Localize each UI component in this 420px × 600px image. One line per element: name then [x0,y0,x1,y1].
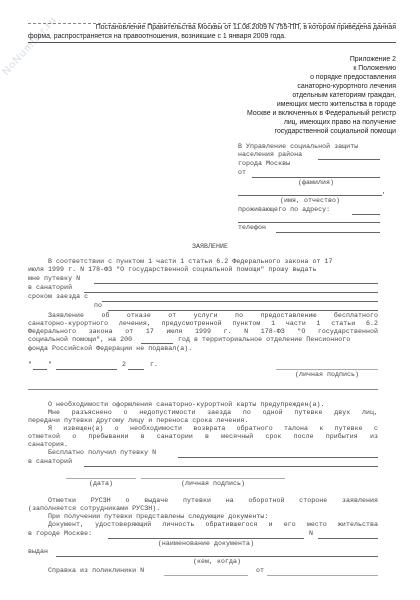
voucher-label: мне путевку N [28,275,80,282]
received-sanatorium-label: в санаторий [28,458,72,465]
appendix-line-1: Приложение 2 [190,56,396,63]
arrival-from-field[interactable] [102,301,378,302]
received-sanatorium-field[interactable] [84,466,378,467]
sanatorium-label: в санаторий [28,284,72,291]
date-month-field[interactable] [56,369,117,370]
date-year-field[interactable] [128,369,144,370]
arrival-to-label: по [94,302,102,309]
doc-number-label: N [309,530,313,537]
district-field[interactable] [318,159,380,160]
russzn-mark-line1: Отметки РУСЗН о выдаче путевки на оборот… [48,497,378,504]
notice-1: О необходимости оформления санаторно-кур… [48,401,324,408]
id-document-line1: Документ, удостоверяющий личность обрати… [48,521,378,528]
date-day-field[interactable] [33,369,47,370]
request-p2-line3: Федерального закона от 17 июля 1999 г. N… [28,328,378,335]
date-quote-open: " [28,361,32,368]
voucher-number-field[interactable] [94,283,378,284]
appendix-line-6: имеющих место жительства в городе [190,101,396,108]
surname-field[interactable] [252,177,380,178]
header-note-line2: форма, распространяется на правоотношени… [28,33,286,40]
clinic-label: Справка из поликлиники N [48,567,144,574]
clinic-date-field[interactable] [267,575,378,576]
received-voucher-field[interactable] [178,457,378,458]
header-note-line1: Постановление Правительства Москвы от 11… [28,24,396,31]
appendix-line-7: Москве и включенных в Федеральный регист… [180,110,396,117]
request-p2-line2: санаторно-курортного лечения, предусмотр… [28,320,378,327]
surname-caption: (фамилия) [252,179,380,186]
notice-3-line1: Я извещен(а) о необходимости возврата об… [48,425,378,432]
documents-presented: При получении путевки представлены следу… [48,513,268,520]
request-p1-line1: В соответствии с пунктом 1 части 1 стать… [48,258,333,265]
year-field[interactable] [141,343,173,344]
address-field-1[interactable] [352,214,380,215]
phone-label: телефон [238,224,266,231]
received-signature-caption: (личная подпись) [141,480,285,487]
section-divider [28,389,378,390]
issued-field[interactable] [56,556,378,557]
appendix-line-9: государственной социальной помощи [190,128,396,135]
notice-2-line2: передачи путевки другому лицу и переноса… [28,417,248,424]
header-bottom-rule [28,42,396,43]
request-p2-line4a: социальной помощи", на 200 [28,336,132,343]
signature-field[interactable] [276,369,378,370]
sanatorium-field[interactable] [84,292,378,293]
request-p2-line1: Заявление об отказе от услуги по предост… [48,312,378,319]
received-signature-field[interactable] [141,478,285,479]
doc-number-field[interactable] [318,538,378,539]
clinic-number-field[interactable] [164,575,248,576]
notice-2-line1: Мне разъяснено о недопустимости заезда п… [48,409,378,416]
signature-caption: (личная подпись) [276,371,378,378]
clinic-from-label: от [256,567,264,574]
address-label: проживающего по адресу: [238,206,330,213]
notice-3-line2: отметкой о пребывании в санатории в меся… [28,433,378,440]
appendix-line-3: о порядке предоставления [190,74,396,81]
name-field[interactable] [238,195,382,196]
address-field-2[interactable] [238,222,380,223]
name-comma: , [382,188,386,195]
document-title: ЗАЯВЛЕНИЕ [0,243,420,250]
appendix-line-5: отдельным категориям граждан, [190,92,396,99]
date-year-suffix: г. [150,361,158,368]
id-document-line2: в городе Москве: [28,530,92,537]
doc-name-caption: (наименование документа) [108,540,304,547]
arrival-from-label: сроком заезда с [28,293,88,300]
request-p1-line2: июля 1999 г. N 178-ФЗ "О государственной… [28,266,317,273]
date-quote-close: " [48,361,52,368]
request-p2-line5: фонда Российской Федерации не подавал(а)… [28,345,192,352]
date-year-prefix: 2 [122,361,126,368]
addressee-to-line3: города Москвы [238,160,290,167]
issued-caption: (кем, когда) [56,558,378,565]
phone-field[interactable] [276,232,380,233]
request-p2-line4b: год в территориальное отделение Пенсионн… [178,336,350,343]
russzn-mark-line2: (заполняется сотрудниками РУСЗН). [28,505,160,512]
arrival-to-field[interactable] [108,310,378,311]
doc-name-field[interactable] [108,538,304,539]
from-label: от [238,169,246,176]
appendix-line-2: к Положению [190,65,396,72]
received-date-caption: (дата) [66,480,136,487]
appendix-line-4: санаторно-курортного лечения [190,83,396,90]
appendix-line-8: лиц, имеющих право на получение [190,119,396,126]
issued-label: выдан [28,548,48,555]
addressee-to-line2: населения района [238,151,302,158]
received-label: Бесплатно получил путевку N [48,449,156,456]
addressee-to-line1: В Управление социальной защиты [238,143,358,150]
name-caption: (имя, отчество) [238,197,382,204]
received-date-field[interactable] [66,478,136,479]
notice-3-line3: санатория. [28,441,68,448]
